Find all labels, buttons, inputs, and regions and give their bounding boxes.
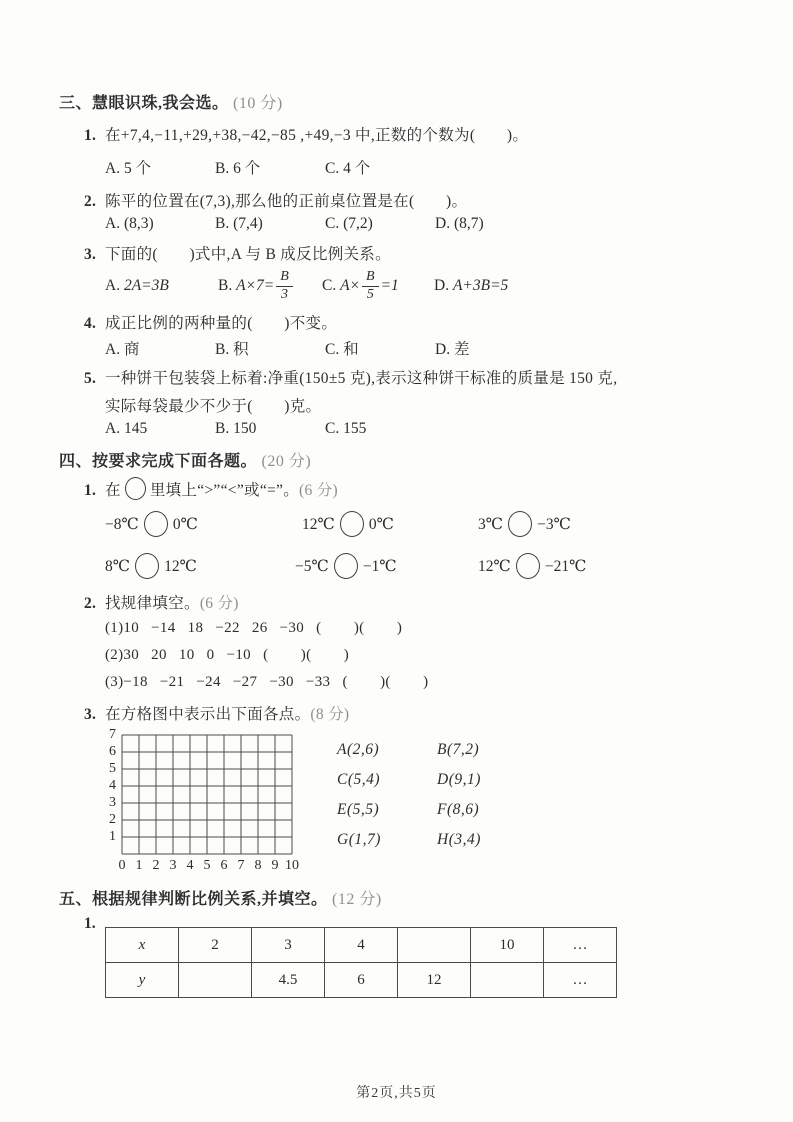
point-label: A(2,6): [337, 741, 437, 759]
y-axis-tick: 6: [100, 744, 116, 760]
option-a: A. 145: [105, 420, 215, 438]
comparison-row-1: −8℃0℃ 12℃0℃ 3℃−3℃: [105, 509, 725, 539]
points-list: A(2,6) B(7,2) C(5,4) D(9,1) E(5,5) F(8,6…: [337, 741, 481, 849]
right-value: −1℃: [363, 557, 397, 576]
fraction-denominator: 3: [276, 287, 293, 303]
section5-title-text: 五、根据规律判断比例关系,并填空。: [59, 891, 328, 908]
s3-q3-number: 3.: [84, 246, 105, 264]
table-cell: 4: [325, 928, 398, 963]
option-a: A. 商: [105, 337, 215, 359]
formula: A+3B=5: [453, 277, 508, 295]
left-value: 12℃: [302, 515, 335, 534]
x-axis-tick: 2: [149, 858, 163, 874]
s5-q1-number: 1.: [84, 915, 96, 933]
left-value: 3℃: [478, 515, 503, 534]
table-cell: 6: [325, 963, 398, 998]
option-d: D. (8,7): [435, 215, 484, 233]
s3-q5-line2: 实际每袋最少不少于( )克。: [105, 394, 321, 416]
s3-q2-number: 2.: [84, 193, 105, 211]
page-footer: 第2页,共5页: [0, 1082, 793, 1102]
x-axis-tick: 9: [268, 858, 282, 874]
right-value: 0℃: [369, 515, 394, 534]
point-label: E(5,5): [337, 801, 437, 819]
comparison-item: −8℃0℃: [105, 509, 198, 539]
proportion-table-body: x23410…y4.5612…: [106, 928, 617, 998]
coordinate-grid-svg: [100, 728, 312, 878]
formula-post: =1: [381, 277, 399, 295]
table-cell: x: [106, 928, 179, 963]
y-axis-tick: 5: [100, 761, 116, 777]
left-value: 12℃: [478, 557, 511, 576]
x-axis-tick: 1: [132, 858, 146, 874]
comparison-item: 12℃−21℃: [478, 551, 586, 581]
formula: A×7=: [236, 277, 274, 295]
fraction: B5: [362, 270, 379, 302]
comparison-item: −5℃−1℃: [295, 551, 397, 581]
s4-q3-text: 在方格图中表示出下面各点。: [105, 706, 310, 723]
table-cell: y: [106, 963, 179, 998]
point-label: F(8,6): [437, 801, 481, 819]
s3-q1-options: A. 5 个 B. 6 个 C. 4 个: [105, 156, 370, 178]
comparison-item: 8℃12℃: [105, 551, 197, 581]
option-c: C. A×B5=1: [322, 270, 434, 302]
y-axis-tick: 3: [100, 795, 116, 811]
section4-score: (20 分): [262, 453, 312, 470]
point-label: G(1,7): [337, 831, 437, 849]
fraction-numerator: B: [362, 270, 379, 287]
s4-q2-score: (6 分): [200, 595, 239, 612]
comparison-item: 3℃−3℃: [478, 509, 571, 539]
y-axis-tick: 7: [100, 727, 116, 743]
option-d: D. 差: [435, 337, 469, 359]
point-label: D(9,1): [437, 771, 481, 789]
s3-q4-options: A. 商 B. 积 C. 和 D. 差: [105, 337, 469, 359]
section3-score: (10 分): [233, 95, 283, 112]
comparison-item: 12℃0℃: [302, 509, 394, 539]
x-axis-tick: 10: [285, 858, 299, 874]
comparison-row-2: 8℃12℃ −5℃−1℃ 12℃−21℃: [105, 551, 725, 581]
x-axis-tick: 6: [217, 858, 231, 874]
option-b: B. 150: [215, 420, 325, 438]
x-axis-tick: 8: [251, 858, 265, 874]
compare-circle-icon: [340, 511, 364, 537]
point-label: H(3,4): [437, 831, 481, 849]
x-axis-tick: 4: [183, 858, 197, 874]
section3-title-text: 三、慧眼识珠,我会选。: [59, 95, 229, 112]
option-a: A. 2A=3B: [105, 277, 218, 295]
proportion-table: x23410…y4.5612…: [105, 927, 617, 998]
s3-q5-line1: 一种饼干包装袋上标着:净重(150±5 克),表示这种饼干标准的质量是 150 …: [105, 370, 617, 387]
right-value: 12℃: [164, 557, 197, 576]
s3-q3: 3.下面的( )式中,A 与 B 成反比例关系。: [84, 242, 391, 264]
sequence-line-1: (1)10 −14 18 −22 26 −30 ( )( ): [105, 620, 402, 637]
s3-q5: 5.一种饼干包装袋上标着:净重(150±5 克),表示这种饼干标准的质量是 15…: [84, 366, 617, 388]
table-row: x23410…: [106, 928, 617, 963]
left-value: −8℃: [105, 515, 139, 534]
compare-circle-icon: [144, 511, 168, 537]
sequence-line-2: (2)30 20 10 0 −10 ( )( ): [105, 647, 349, 664]
option-a: A. (8,3): [105, 215, 215, 233]
option-b: B. A×7=B3: [218, 270, 322, 302]
blank-circle-icon: [125, 477, 146, 500]
s4-q1-pre: 在: [105, 482, 121, 499]
s4-q2-text: 找规律填空。: [105, 595, 200, 612]
s3-q5-number: 5.: [84, 370, 105, 388]
table-cell: …: [544, 963, 617, 998]
point-label: C(5,4): [337, 771, 437, 789]
right-value: −3℃: [537, 515, 571, 534]
compare-circle-icon: [516, 553, 540, 579]
left-value: −5℃: [295, 557, 329, 576]
s3-q4: 4.成正比例的两种量的( )不变。: [84, 311, 337, 333]
option-b: B. (7,4): [215, 215, 325, 233]
s4-q3-score: (8 分): [310, 706, 349, 723]
sequence-line-3: (3)−18 −21 −24 −27 −30 −33 ( )( ): [105, 674, 428, 691]
s4-q1-score: (6 分): [299, 482, 338, 499]
right-value: −21℃: [545, 557, 587, 576]
s4-q1-post: 里填上“>”“<”或“=”。: [150, 482, 299, 499]
option-label: D.: [434, 277, 449, 295]
section5-title: 五、根据规律判断比例关系,并填空。 (12 分): [59, 886, 382, 909]
x-axis-tick: 5: [200, 858, 214, 874]
section4-title: 四、按要求完成下面各题。 (20 分): [59, 448, 311, 471]
s3-q3-text: 下面的( )式中,A 与 B 成反比例关系。: [105, 246, 391, 263]
exam-paper-page: 三、慧眼识珠,我会选。 (10 分) 1.在+7,4,−11,+29,+38,−…: [0, 0, 793, 1122]
option-a: A. 5 个: [105, 156, 215, 178]
table-cell: 2: [179, 928, 252, 963]
y-axis-tick: 2: [100, 812, 116, 828]
option-label: C.: [322, 277, 336, 295]
s4-q1: 1.在里填上“>”“<”或“=”。(6 分): [84, 477, 338, 500]
option-b: B. 积: [215, 337, 325, 359]
s3-q2-options: A. (8,3) B. (7,4) C. (7,2) D. (8,7): [105, 215, 484, 233]
left-value: 8℃: [105, 557, 130, 576]
s4-q1-number: 1.: [84, 482, 105, 500]
coordinate-grid: 7654321012345678910: [100, 728, 312, 878]
s3-q4-text: 成正比例的两种量的( )不变。: [105, 315, 337, 332]
table-cell: 3: [252, 928, 325, 963]
s4-q3-number: 3.: [84, 706, 105, 724]
table-cell: 10: [471, 928, 544, 963]
option-c: C. 155: [325, 420, 366, 438]
section4-title-text: 四、按要求完成下面各题。: [59, 453, 257, 470]
compare-circle-icon: [135, 553, 159, 579]
s3-q1-number: 1.: [84, 127, 105, 145]
option-label: B.: [218, 277, 232, 295]
compare-circle-icon: [334, 553, 358, 579]
point-label: B(7,2): [437, 741, 481, 759]
s4-q2: 2.找规律填空。(6 分): [84, 591, 239, 613]
x-axis-tick: 0: [115, 858, 129, 874]
table-row: y4.5612…: [106, 963, 617, 998]
fraction-numerator: B: [276, 270, 293, 287]
s3-q1: 1.在+7,4,−11,+29,+38,−42,−85 ,+49,−3 中,正数…: [84, 123, 528, 145]
s3-q4-number: 4.: [84, 315, 105, 333]
s4-q3: 3.在方格图中表示出下面各点。(8 分): [84, 702, 349, 724]
table-cell: 4.5: [252, 963, 325, 998]
x-axis-tick: 7: [234, 858, 248, 874]
table-cell: 12: [398, 963, 471, 998]
right-value: 0℃: [173, 515, 198, 534]
section3-title: 三、慧眼识珠,我会选。 (10 分): [59, 90, 283, 113]
fraction-denominator: 5: [362, 287, 379, 303]
formula: A×: [340, 277, 360, 295]
s3-q2-text: 陈平的位置在(7,3),那么他的正前桌位置是在( )。: [105, 193, 467, 210]
option-c: C. 和: [325, 337, 435, 359]
table-cell: [398, 928, 471, 963]
s3-q3-options: A. 2A=3B B. A×7=B3 C. A×B5=1 D. A+3B=5: [105, 263, 508, 309]
s3-q5-options: A. 145 B. 150 C. 155: [105, 420, 366, 438]
option-c: C. 4 个: [325, 156, 370, 178]
table-cell: [471, 963, 544, 998]
table-cell: …: [544, 928, 617, 963]
s4-q2-number: 2.: [84, 595, 105, 613]
option-c: C. (7,2): [325, 215, 435, 233]
x-axis-tick: 3: [166, 858, 180, 874]
compare-circle-icon: [508, 511, 532, 537]
y-axis-tick: 4: [100, 778, 116, 794]
section5-score: (12 分): [332, 891, 382, 908]
table-cell: [179, 963, 252, 998]
option-b: B. 6 个: [215, 156, 325, 178]
y-axis-tick: 1: [100, 829, 116, 845]
formula: 2A=3B: [124, 277, 169, 295]
option-label: A.: [105, 277, 120, 295]
option-d: D. A+3B=5: [434, 277, 508, 295]
s3-q2: 2.陈平的位置在(7,3),那么他的正前桌位置是在( )。: [84, 189, 467, 211]
fraction: B3: [276, 270, 293, 302]
s3-q1-text: 在+7,4,−11,+29,+38,−42,−85 ,+49,−3 中,正数的个…: [105, 127, 528, 144]
